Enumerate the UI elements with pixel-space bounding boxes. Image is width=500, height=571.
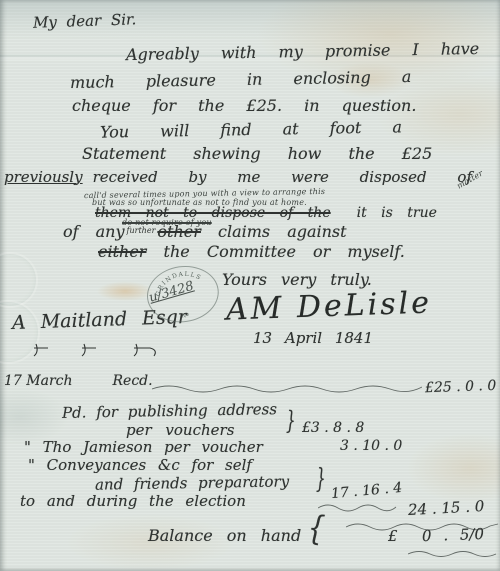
valediction: Yours very truly. xyxy=(222,272,372,288)
body-line-text: received by me were disposed of xyxy=(93,168,472,186)
body-line: Statement shewing how the £25 xyxy=(82,146,432,162)
balance-label: Balance on hand xyxy=(148,528,301,544)
body-line: You will find at foot a xyxy=(100,119,402,140)
stamp-bottom-text: Nº xyxy=(181,312,191,320)
received-amount: £25 . 0 . 0 xyxy=(425,379,497,395)
account-entry: and friends preparatory xyxy=(95,474,289,492)
balance-flourish: { xyxy=(307,511,326,547)
brace: } xyxy=(286,409,296,435)
svg-text:Nº: Nº xyxy=(181,312,191,320)
archive-stamp: GRINDALLS Nº u/3428 xyxy=(143,261,224,329)
struck-text: other xyxy=(157,222,200,241)
letter-date: 13 April 1841 xyxy=(253,331,373,346)
balance-rule xyxy=(408,548,500,560)
balance-currency: £ xyxy=(388,529,398,544)
signature: AM DeLisle xyxy=(226,288,433,325)
body-line: much pleasure in enclosing a xyxy=(70,69,412,91)
account-entry: per vouchers xyxy=(126,423,234,438)
received-label: Recd. xyxy=(113,373,153,389)
body-line: Agreably with my promise I have xyxy=(126,41,479,63)
account-total: 24 . 15 . 0 xyxy=(408,499,485,518)
body-line: previouslyreceived by me were disposed o… xyxy=(4,170,472,185)
body-line-text: it is true xyxy=(357,205,437,221)
body-line: either the Committee or myself. xyxy=(98,244,405,260)
entry-amount: 3 . 10 . 0 xyxy=(340,439,402,453)
letter-page: My dear Sir. Agreably with my promise I … xyxy=(0,0,500,571)
account-entry: " Conveyances &c for self xyxy=(28,458,252,473)
struck-text: either xyxy=(98,242,146,261)
salutation: My dear Sir. xyxy=(33,12,137,31)
received-date: 17 March xyxy=(4,373,73,389)
entry-amount: 17 . 16 . 4 xyxy=(331,481,403,501)
account-entry: " Tho Jamieson per voucher xyxy=(24,440,263,455)
body-line: of anyfurtherother claims against xyxy=(63,224,347,240)
body-line-text: claims against xyxy=(218,222,347,241)
inserted-word: further xyxy=(127,226,156,235)
brace: } xyxy=(316,466,326,493)
account-received-line: 17 MarchRecd. xyxy=(4,374,153,388)
leader-line xyxy=(152,381,422,393)
leader-line xyxy=(318,501,398,513)
account-entry: Pd. for publishing address xyxy=(62,402,277,421)
flourish-marks xyxy=(32,340,182,360)
balance-amount: 0 . 5/0 xyxy=(422,527,484,544)
body-line: cheque for the £25. in question. xyxy=(72,98,416,114)
body-line-text: the Committee or myself. xyxy=(164,242,405,261)
entry-amount: £3 . 8 . 8 xyxy=(302,421,364,435)
account-entry: to and during the election xyxy=(20,494,246,509)
body-line-text: of any xyxy=(63,222,125,241)
underlined-word: previously xyxy=(4,168,83,186)
